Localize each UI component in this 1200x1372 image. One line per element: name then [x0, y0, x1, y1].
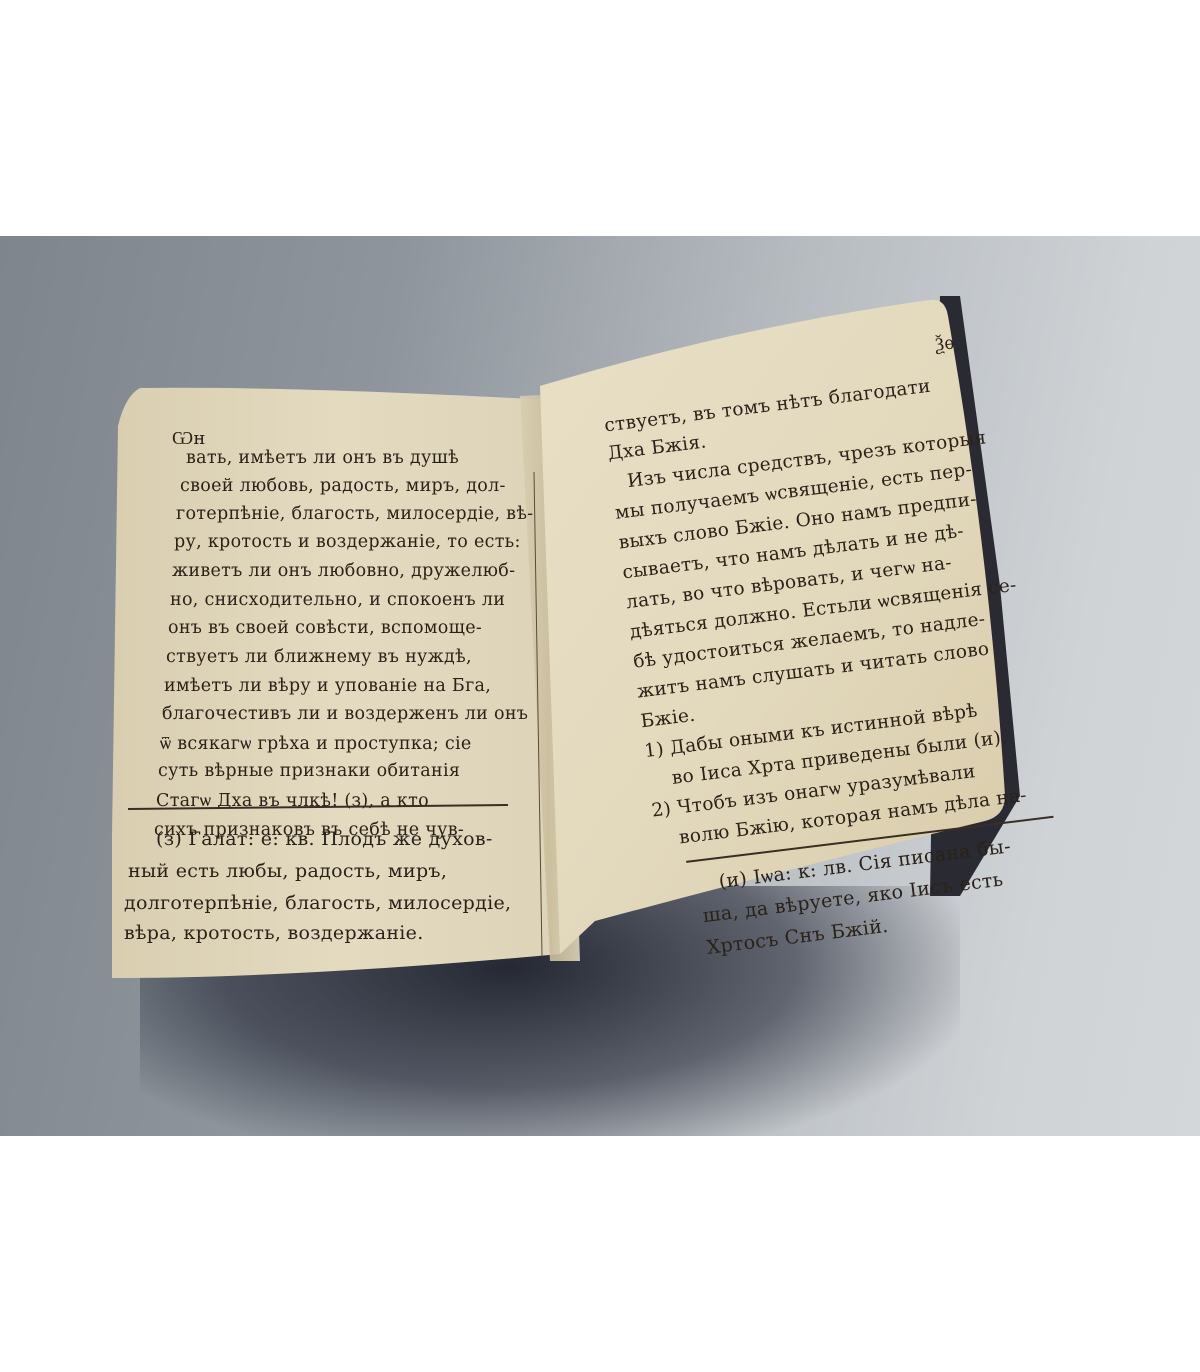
- left-body-line: вать, имѣетъ ли онъ въ душѣ: [186, 448, 459, 468]
- right-body-line: Бжіе.: [640, 705, 697, 733]
- right-page: Ѯѳ ствуетъ, въ томъ нѣтъ благодати Дха Б…: [600, 351, 1110, 922]
- left-page-header: Ѡн: [172, 428, 206, 449]
- book-photograph: Ѡн вать, имѣетъ ли онъ въ душѣ своей люб…: [0, 236, 1200, 1136]
- left-body-line: ру, кротость и воздержаніе, то есть:: [174, 532, 521, 552]
- left-page: Ѡн вать, имѣетъ ли онъ въ душѣ своей люб…: [0, 236, 600, 1136]
- left-body-line: благочестивъ ли и воздерженъ ли онъ: [162, 704, 528, 724]
- left-body-line: ствуетъ ли ближнему въ нуждѣ,: [166, 647, 472, 667]
- left-body-line: живетъ ли онъ любовно, дружелюб-: [172, 561, 515, 581]
- left-footnote-line: вѣра, кротость, воздержаніе.: [124, 922, 424, 944]
- left-body-line: имѣетъ ли вѣру и упованіе на Бга,: [164, 676, 491, 696]
- left-body-line: своей любовь, радость, миръ, дол-: [180, 476, 506, 496]
- right-page-number: Ѯѳ: [934, 332, 956, 355]
- left-body-line: суть вѣрные признаки обитанія: [158, 761, 460, 781]
- left-footnote-line: ный есть любы, радость, миръ,: [128, 860, 447, 882]
- left-body-line: ѿ всякагѡ грѣха и проступка; сіе: [160, 733, 472, 754]
- left-body-line: готерпѣніе, благость, милосердіе, вѣ-: [176, 504, 533, 524]
- right-body-line: Дха Бжія.: [607, 431, 708, 464]
- left-footnote-line: долготерпѣніе, благость, милосердіе,: [124, 892, 511, 914]
- left-footnote-line: (з) Галат: е: кв. Плодъ же духов-: [156, 828, 493, 850]
- left-body-line: но, снисходительно, и спокоенъ ли: [170, 590, 505, 610]
- left-body-line: онъ въ своей совѣсти, вспомоще-: [168, 618, 482, 638]
